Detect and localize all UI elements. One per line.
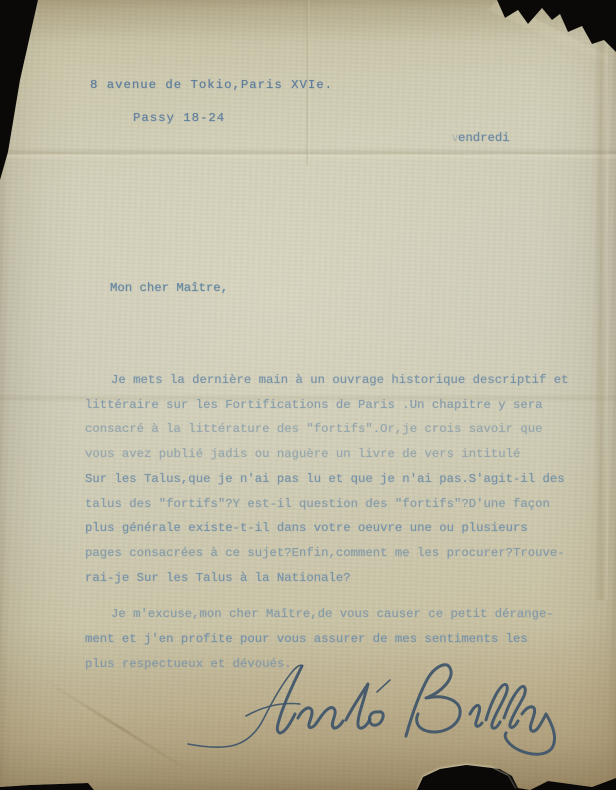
torn-hole bbox=[410, 763, 524, 790]
torn-hole-container bbox=[0, 0, 616, 790]
photo-backdrop: 8 avenue de Tokio,Paris XVIe. Passy 18-2… bbox=[0, 0, 616, 790]
